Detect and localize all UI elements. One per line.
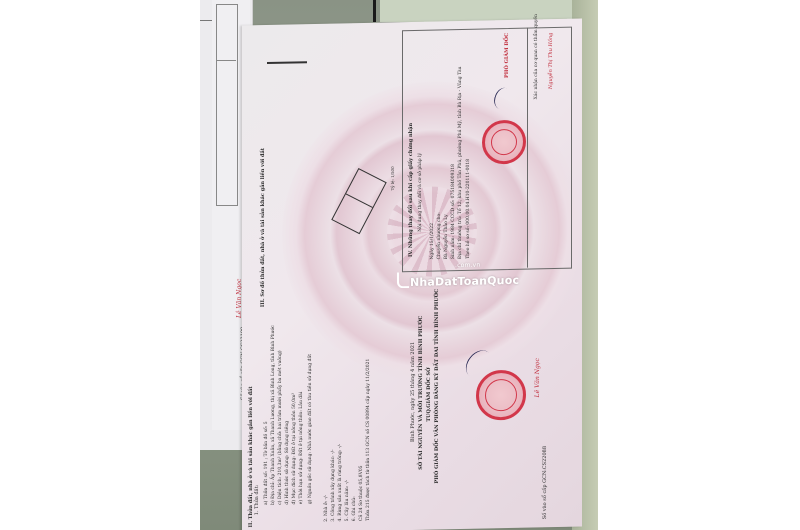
signer-name: Lê Văn Ngọc [534,358,541,397]
section-iii-title: III. Sơ đồ thửa đất, nhà ở và tài sản kh… [260,148,266,307]
other-line: 4. Rừng sản xuất là rừng trồng: -/- [338,444,343,522]
change-header: Nội dung thay đổi và cơ sở pháp lý [418,153,423,232]
official-stamp [476,370,526,421]
house-arrow-icon [397,272,409,288]
other-line: 6. Ghi chú: [352,496,357,521]
change-entry: Chuyển nhượng cho: [437,212,442,259]
change-entry: Sinh năm: 1984 CCCD số: 075184009318 [451,164,456,259]
change-entry: Bà Nguyễn Thảo Ly [444,214,449,259]
certificate-serial: Số vào sổ cấp GCN:CS22088 [542,446,548,519]
authority-line: TUQ.GIÁM ĐỐC SỞ [426,367,432,421]
parcel-line: g) Nguồn gốc sử dụng: Nhà nước giao đất … [308,354,313,504]
watermark-domain: .com.vn [455,262,480,270]
parcel-line: a) Thửa đất số: 191 ; Tờ bản đồ số: 5 [264,421,269,505]
table-edge [373,0,376,22]
parcel-line: d) Hình thức sử dụng: Sử dụng riêng [285,421,290,505]
parcel-line: e) Thời hạn sử dụng: Đất ở tại nông thôn… [299,392,304,505]
north-arrow [267,61,307,64]
section-iv-title: IV. Những thay đổi sau khi cấp giấy chứn… [408,123,414,257]
parcel-line: đ) Mục đích sử dụng: Đất ở tại nông thôn… [292,393,297,505]
other-line: 2. Nhà ở: -/- [324,495,329,522]
change-entry: Địa chỉ thường trú: Tổ 12, khu phố Tân P… [458,66,463,259]
site-watermark: NhaDatToanQuoc .com.vn [397,270,519,290]
change-entry: Ngày 15/1/2022 [430,223,435,260]
certificate-page: III. Sơ đồ thửa đất, nhà ở và tài sản kh… [242,18,582,530]
other-line: 5. Cây lâu năm: -/- [345,480,350,522]
section-ii-sub: 1. Thửa đất: [254,485,260,516]
other-line: 3. Công trình xây dựng khác: -/- [331,449,336,521]
authority-line: PHÓ GIÁM ĐỐC VĂN PHÒNG ĐĂNG KÝ ĐẤT ĐAI T… [434,289,440,484]
confirm-header: Xác nhận của cơ quan có thẩm quyền [534,14,539,100]
other-line: Thửa 215 được tách từ thửa 113 GCN số CS… [366,359,371,521]
map-scale: Tỷ lệ: 1/500 [390,166,395,190]
parcel-line: b) Địa chỉ: Ấp Thanh Xuân, xã Thanh Lươn… [271,325,276,505]
confirm-signer: Nguyễn Thị Thu Hồng [548,33,554,90]
authority-line: SỞ TÀI NGUYÊN VÀ MÔI TRƯỜNG TỈNH BÌNH PH… [418,316,424,470]
document-photo: Lê Văn Ngọc Số vào sổ cấp GCN:CS22100 II… [200,0,598,530]
parcel-line: c) Diện tích: 210,3m² (bằng chữ: hai tră… [278,350,283,505]
other-line: CS 24 Sơ thuộc 05,8V05 [359,465,364,521]
issue-date: Bình Phước, ngày 25 tháng 4 năm 2021 [410,342,416,442]
confirm-title: PHÓ GIÁM ĐỐC [504,33,510,78]
change-entry: Theo hồ sơ số: 000.00.04.H10-220111-0018 [466,159,471,259]
watermark-brand: NhaDatToanQuoc [410,274,519,289]
